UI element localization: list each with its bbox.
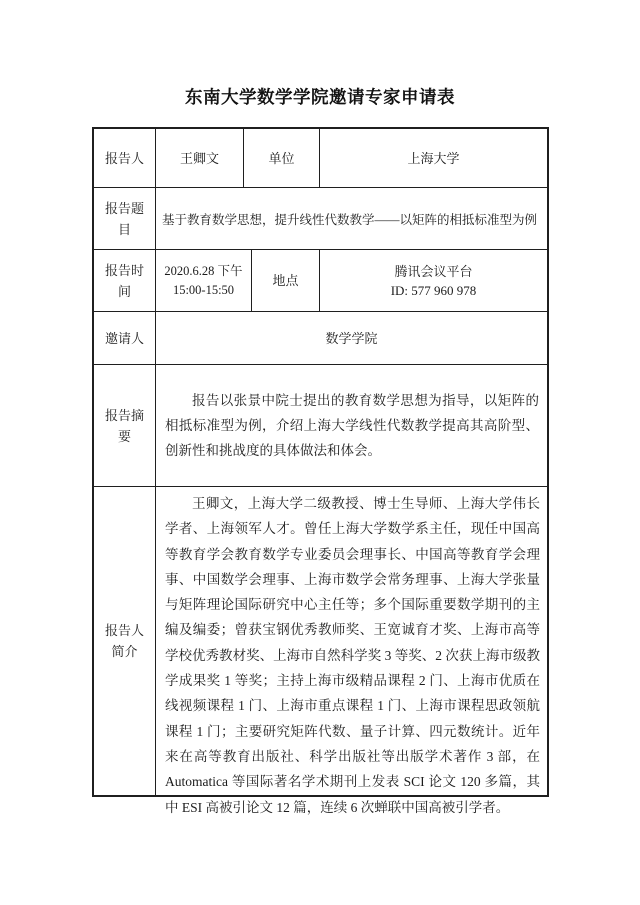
row-speaker-bio: 报告人简介 王卿文，上海大学二级教授、博士生导师、上海大学伟长学者、上海领军人才… [94, 487, 547, 795]
row-report-title: 报告题目 基于教育数学思想，提升线性代数教学——以矩阵的相抵标准型为例 [94, 188, 547, 250]
report-time-label: 报告时间 [94, 250, 156, 311]
inviter-value: 数学学院 [156, 312, 547, 364]
abstract-cell: 报告以张景中院士提出的教育数学思想为指导，以矩阵的相抵标准型为例，介绍上海大学线… [156, 365, 547, 486]
location-value: 腾讯会议平台 ID: 577 960 978 [320, 250, 547, 311]
speaker-bio-text: 王卿文，上海大学二级教授、博士生导师、上海大学伟长学者、上海领军人才。曾任上海大… [165, 491, 540, 820]
unit-name: 上海大学 [320, 129, 547, 187]
abstract-label: 报告摘要 [94, 365, 156, 486]
speaker-name: 王卿文 [156, 129, 244, 187]
abstract-text: 报告以张景中院士提出的教育数学思想为指导，以矩阵的相抵标准型为例，介绍上海大学线… [165, 388, 539, 463]
speaker-bio-cell: 王卿文，上海大学二级教授、博士生导师、上海大学伟长学者、上海领军人才。曾任上海大… [156, 487, 547, 795]
unit-label: 单位 [244, 129, 320, 187]
inviter-label: 邀请人 [94, 312, 156, 364]
report-title-value: 基于教育数学思想，提升线性代数教学——以矩阵的相抵标准型为例 [156, 188, 547, 249]
speaker-label: 报告人 [94, 129, 156, 187]
application-form-table: 报告人 王卿文 单位 上海大学 报告题目 基于教育数学思想，提升线性代数教学——… [92, 127, 549, 797]
row-report-time: 报告时间 2020.6.28 下午 15:00-15:50 地点 腾讯会议平台 … [94, 250, 547, 312]
report-title-label: 报告题目 [94, 188, 156, 249]
row-speaker: 报告人 王卿文 单位 上海大学 [94, 129, 547, 188]
report-time-line-2: 15:00-15:50 [173, 281, 234, 300]
location-label: 地点 [252, 250, 320, 311]
speaker-bio-label: 报告人简介 [94, 487, 156, 795]
report-time-line-1: 2020.6.28 下午 [164, 262, 242, 281]
row-abstract: 报告摘要 报告以张景中院士提出的教育数学思想为指导，以矩阵的相抵标准型为例，介绍… [94, 365, 547, 487]
location-line-1: 腾讯会议平台 [394, 262, 472, 281]
report-time-value: 2020.6.28 下午 15:00-15:50 [156, 250, 252, 311]
row-inviter: 邀请人 数学学院 [94, 312, 547, 365]
document-title: 东南大学数学学院邀请专家申请表 [0, 84, 640, 109]
location-line-2: ID: 577 960 978 [391, 281, 477, 300]
